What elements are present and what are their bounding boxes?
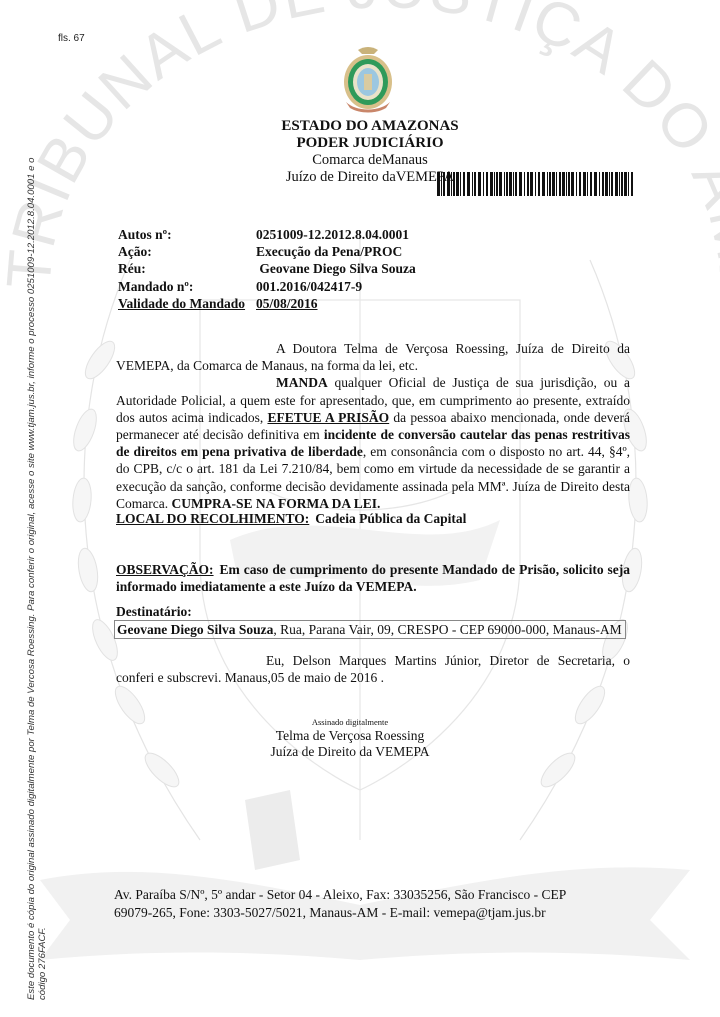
manda-keyword: MANDA (276, 375, 328, 390)
closing-statement: Eu, Delson Marques Martins Júnior, Diret… (116, 652, 630, 686)
case-info-table: Autos nº:0251009-12.2012.8.04.0001Ação:E… (118, 226, 416, 312)
case-info-row: Validade do Mandado05/08/2016 (118, 295, 416, 312)
footer-line-2: 69079-265, Fone: 3303-5027/5021, Manaus-… (114, 904, 566, 922)
footer-line-1: Av. Paraíba S/Nº, 5º andar - Setor 04 - … (114, 886, 566, 904)
closing-text: Eu, Delson Marques Martins Júnior, Diret… (116, 652, 630, 686)
case-info-value: 0251009-12.2012.8.04.0001 (256, 226, 409, 243)
stamp-line-1: Este documento é cópia do original assin… (26, 20, 37, 1000)
custody-location: LOCAL DO RECOLHIMENTO:Cadeia Pública da … (116, 511, 466, 527)
paragraph-order: MANDA qualquer Oficial de Justiça de sua… (116, 374, 630, 512)
digital-signature-stamp: Este documento é cópia do original assin… (26, 20, 48, 1000)
recipient-name: Geovane Diego Silva Souza (117, 622, 273, 637)
case-info-value: Execução da Pena/PROC (256, 243, 402, 260)
county-name: Comarca deManaus (240, 152, 500, 169)
recipient-address: , Rua, Parana Vair, 09, CRESPO - CEP 690… (273, 622, 621, 637)
case-info-label-text: Réu: (118, 261, 146, 276)
signature-note: Assinado digitalmente (250, 716, 450, 728)
case-info-row: Ação:Execução da Pena/PROC (118, 243, 416, 260)
case-info-value: Geovane Diego Silva Souza (256, 260, 416, 277)
efetue-prisao-keyword: EFETUE A PRISÃO (267, 410, 389, 425)
custody-location-label: LOCAL DO RECOLHIMENTO: (116, 511, 309, 526)
recipient-label: Destinatário: (116, 604, 192, 620)
case-info-value-text: 0251009-12.2012.8.04.0001 (256, 227, 409, 242)
case-info-value-text: Geovane Diego Silva Souza (256, 261, 416, 276)
paragraph-intro: A Doutora Telma de Verçosa Roessing, Juí… (116, 340, 630, 374)
case-info-label: Autos nº: (118, 226, 256, 243)
judiciary-title: PODER JUDICIÁRIO (240, 135, 500, 152)
case-info-label-text: Validade do Mandado (118, 296, 245, 311)
observation-label: OBSERVAÇÃO: (116, 562, 214, 577)
case-info-label: Mandado nº: (118, 278, 256, 295)
observation: OBSERVAÇÃO:Em caso de cumprimento do pre… (116, 561, 630, 595)
signer-name: Telma de Verçosa Roessing (250, 728, 450, 744)
stamp-line-2: código 276FACF. (37, 20, 48, 1000)
case-info-label-text: Autos nº: (118, 227, 172, 242)
barcode-icon (437, 172, 634, 196)
warrant-body: A Doutora Telma de Verçosa Roessing, Juí… (116, 340, 630, 512)
signer-role: Juíza de Direito da VEMEPA (250, 744, 450, 760)
case-info-value: 05/08/2016 (256, 295, 318, 312)
signature-block: Assinado digitalmente Telma de Verçosa R… (250, 716, 450, 760)
case-info-row: Réu: Geovane Diego Silva Souza (118, 260, 416, 277)
case-info-label: Réu: (118, 260, 256, 277)
custody-location-value: Cadeia Pública da Capital (315, 511, 466, 526)
case-info-value-text: 001.2016/042417-9 (256, 279, 362, 294)
state-title: ESTADO DO AMAZONAS (240, 118, 500, 135)
case-info-row: Autos nº:0251009-12.2012.8.04.0001 (118, 226, 416, 243)
case-info-label: Validade do Mandado (118, 295, 256, 312)
page-number: fls. 67 (58, 33, 85, 44)
case-info-value-text: Execução da Pena/PROC (256, 244, 402, 259)
case-info-label-text: Mandado nº: (118, 279, 193, 294)
case-info-label-text: Ação: (118, 244, 152, 259)
case-info-value-text: 05/08/2016 (256, 296, 318, 311)
recipient-box: Geovane Diego Silva Souza, Rua, Parana V… (114, 620, 626, 639)
case-info-row: Mandado nº:001.2016/042417-9 (118, 278, 416, 295)
cumpra-se-phrase: CUMPRA-SE NA FORMA DA LEI. (171, 496, 380, 511)
case-info-label: Ação: (118, 243, 256, 260)
court-address-footer: Av. Paraíba S/Nº, 5º andar - Setor 04 - … (114, 886, 566, 922)
case-info-value: 001.2016/042417-9 (256, 278, 362, 295)
amazonas-crest-icon (336, 44, 400, 116)
